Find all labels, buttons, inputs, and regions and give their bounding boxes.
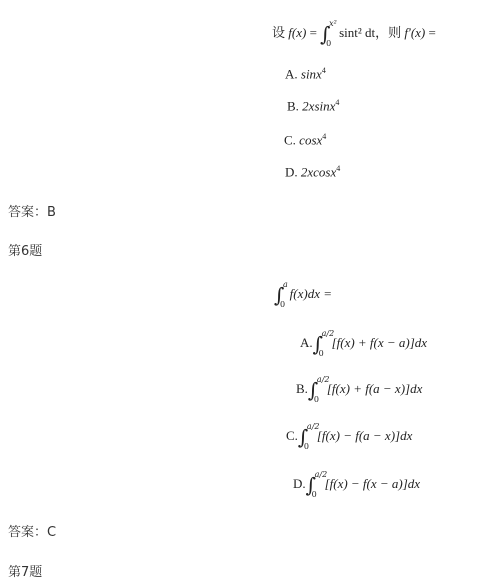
stem-eq: = — [306, 25, 320, 40]
stem-func: f(x) — [288, 25, 306, 40]
option-expr: sinx — [301, 66, 322, 81]
option-expr: 2xsinx — [302, 98, 335, 113]
integral-lower: 0 — [280, 301, 285, 309]
q5-option-c: C. cosx4 — [284, 132, 326, 148]
option-label: C. — [286, 428, 298, 443]
integral-lower: 0 — [326, 40, 331, 48]
stem-prefix: 设 — [272, 25, 288, 40]
stem-integrand: sint² dt，则 — [336, 25, 405, 40]
option-sup: 4 — [322, 132, 326, 141]
q5-answer: 答案：B — [8, 201, 56, 220]
integral-upper: a/2 — [307, 423, 320, 431]
option-label: B. — [287, 98, 299, 113]
option-expr: [f(x) + f(a − x)]dx — [327, 381, 423, 396]
option-label: C. — [284, 132, 296, 147]
q6-option-a: A.∫a/20 [f(x) + f(x − a)]dx — [300, 334, 427, 354]
option-expr: cosx — [299, 132, 322, 147]
option-sup: 4 — [336, 164, 340, 173]
q6-option-c: C.∫a/20 [f(x) − f(a − x)]dx — [286, 427, 412, 447]
integral-sign-icon: ∫a/20 — [298, 427, 308, 447]
integral-sign-icon: ∫a/20 — [313, 334, 323, 354]
integral-sign-icon: ∫a0 — [274, 285, 284, 305]
integral-sign-icon: ∫x²0 — [320, 24, 330, 44]
option-sup: 4 — [335, 98, 339, 107]
integral-upper: a/2 — [322, 330, 335, 338]
option-label: A. — [285, 66, 298, 81]
q5-option-b: B. 2xsinx4 — [287, 98, 339, 114]
q5-stem: 设 f(x) = ∫x²0 sint² dt，则 f′(x) = — [272, 22, 436, 44]
option-label: D. — [285, 164, 298, 179]
integral-upper: a/2 — [317, 376, 330, 384]
integral-lower: 0 — [314, 396, 319, 404]
option-expr: [f(x) − f(x − a)]dx — [325, 476, 421, 491]
q6-stem: ∫a0 f(x)dx = — [274, 285, 332, 305]
option-label: D. — [293, 476, 306, 491]
integral-sign-icon: ∫a/20 — [308, 380, 318, 400]
stem-deriv: f′(x) — [404, 25, 425, 40]
integral-sign-icon: ∫a/20 — [306, 475, 316, 495]
q6-title: 第6题 — [8, 240, 42, 259]
q6-option-b: B.∫a/20 [f(x) + f(a − x)]dx — [296, 380, 422, 400]
integral-upper: a — [283, 281, 288, 289]
stem-end: = — [425, 25, 436, 40]
option-expr: [f(x) − f(a − x)]dx — [317, 428, 413, 443]
option-expr: [f(x) + f(x − a)]dx — [332, 335, 428, 350]
integral-lower: 0 — [319, 350, 324, 358]
option-expr: 2xcosx — [301, 164, 336, 179]
integral-lower: 0 — [312, 491, 317, 499]
option-label: A. — [300, 335, 313, 350]
stem-expr: f(x)dx = — [290, 286, 332, 301]
integral-lower: 0 — [304, 443, 309, 451]
q7-title: 第7题 — [8, 561, 42, 580]
q5-option-a: A. sinx4 — [285, 66, 326, 82]
integral-upper: a/2 — [315, 471, 328, 479]
q5-option-d: D. 2xcosx4 — [285, 164, 340, 180]
option-label: B. — [296, 381, 308, 396]
q6-answer: 答案：C — [8, 521, 56, 540]
integral-upper: x² — [329, 20, 337, 28]
option-sup: 4 — [322, 66, 326, 75]
q6-option-d: D.∫a/20 [f(x) − f(x − a)]dx — [293, 475, 420, 495]
